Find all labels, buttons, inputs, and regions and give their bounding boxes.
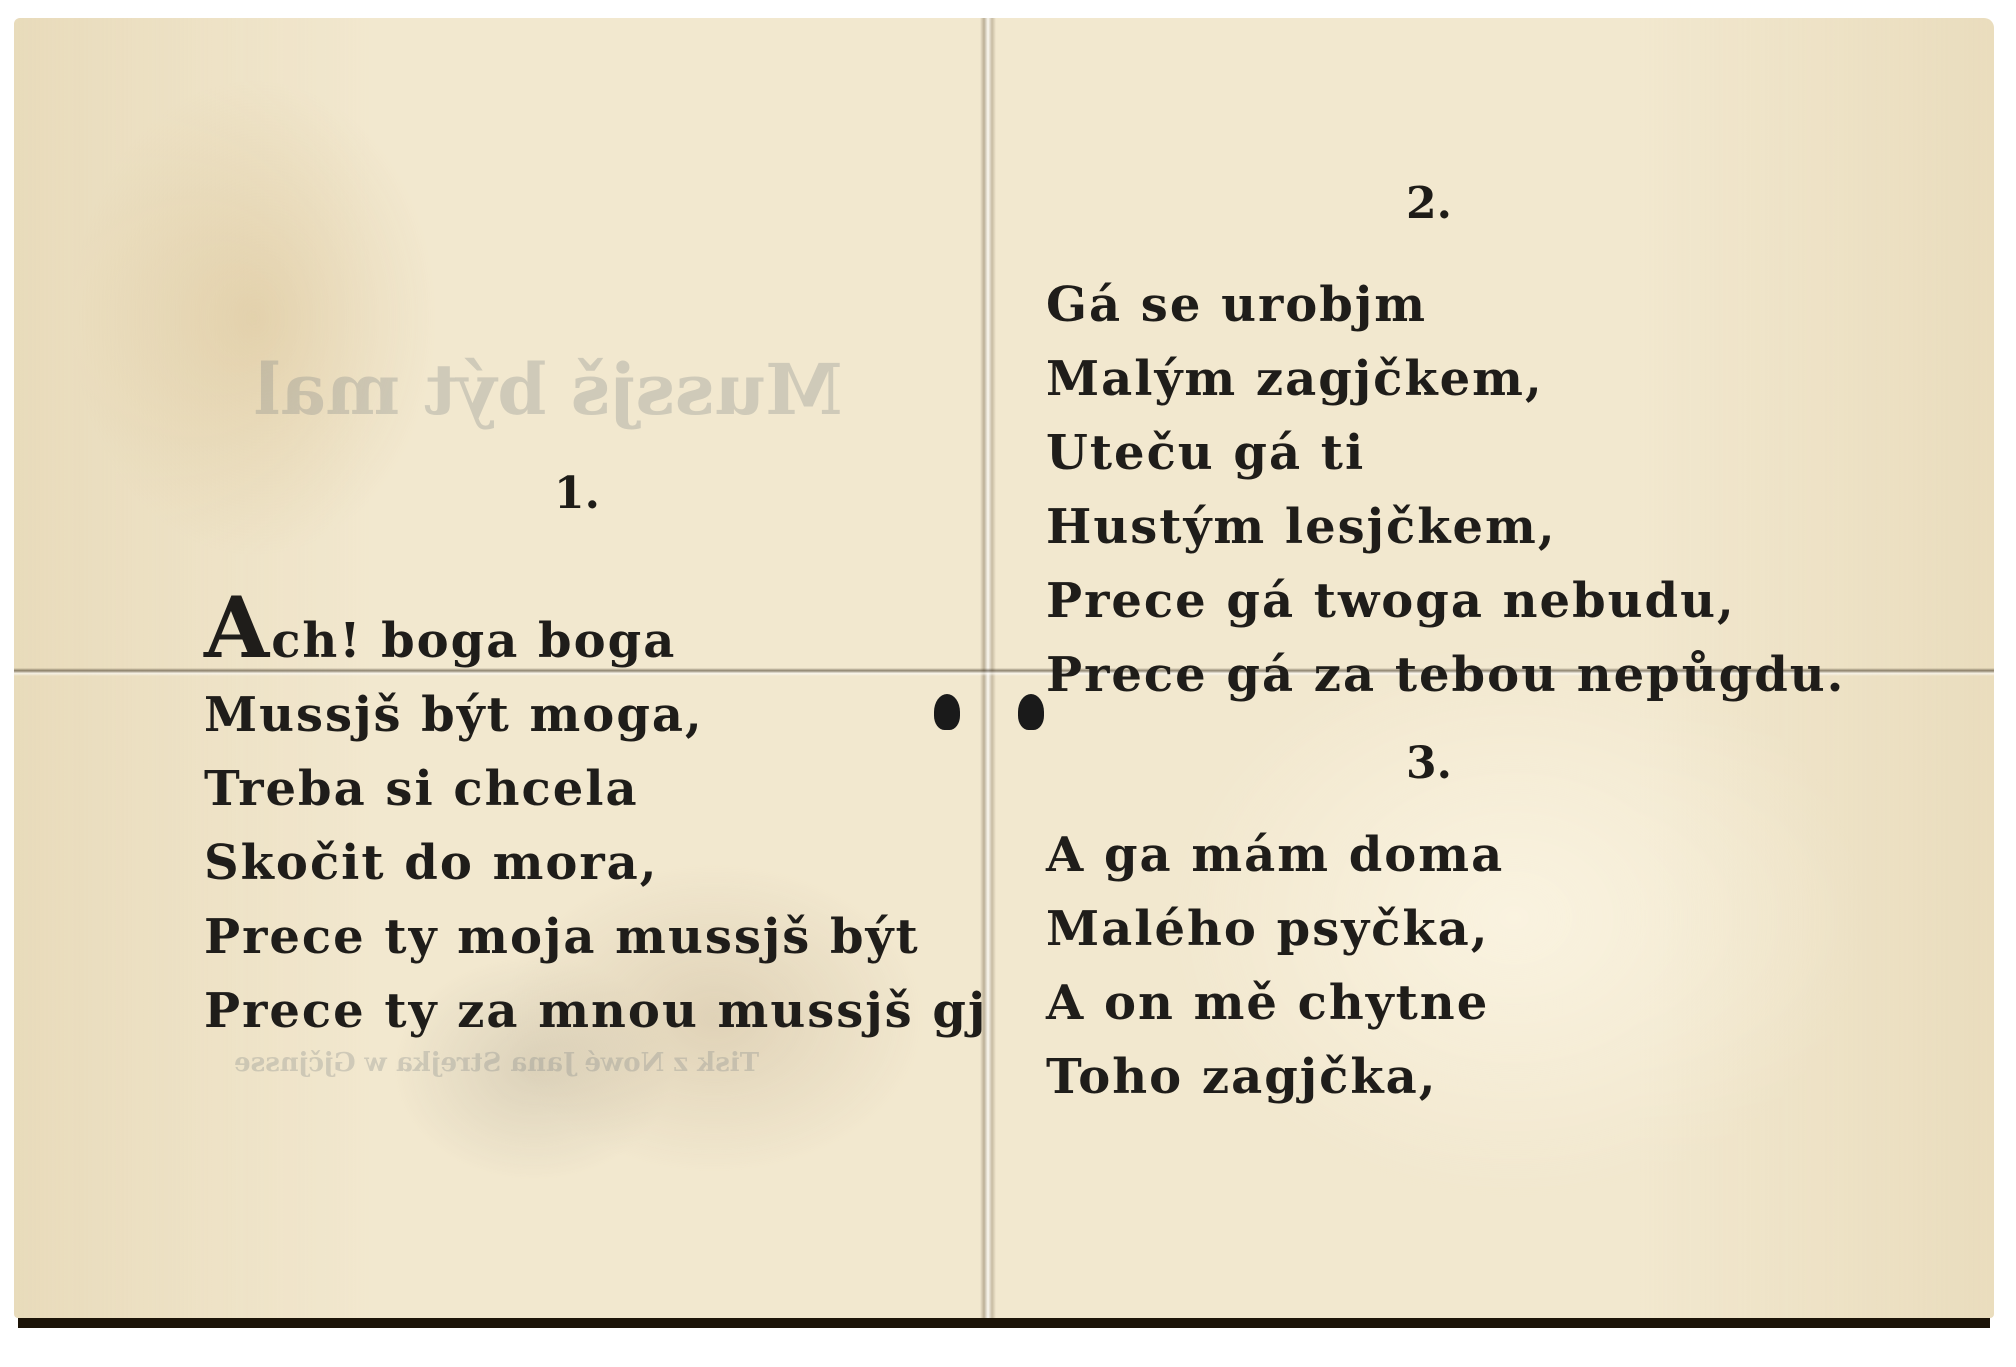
stanza-2-line: Malým zagjčkem,: [1046, 342, 1845, 416]
drop-cap: A: [204, 578, 271, 677]
stanza-number-1: 1.: [554, 468, 600, 519]
stanza-1-line: Prece ty za mnou mussjš gj: [204, 974, 987, 1048]
stanza-2: Gá se urobjm Malým zagjčkem, Uteču gá ti…: [1046, 268, 1845, 712]
stanza-2-line: Uteču gá ti: [1046, 416, 1845, 490]
stanza-number-3: 3.: [1406, 738, 1452, 789]
stanza-3-line: A on mě chytne: [1046, 966, 1504, 1040]
stanza-1-line: Prece ty moja mussjš být: [204, 900, 987, 974]
paper-sheet: Mussjš být mal Tisk z Nowé Jana Strejka …: [14, 18, 1994, 1318]
stanza-number-2: 2.: [1406, 178, 1452, 229]
stanza-2-line: Prece gá za tebou nepůgdu.: [1046, 638, 1845, 712]
stanza-1-line: Mussjš být moga,: [204, 678, 987, 752]
stanza-1-line-1: Ach! boga boga: [204, 598, 987, 678]
stanza-3-line: Malého psyčka,: [1046, 892, 1504, 966]
stanza-1-line: Treba si chcela: [204, 752, 987, 826]
stanza-3: A ga mám doma Malého psyčka, A on mě chy…: [1046, 818, 1504, 1114]
stanza-1: Ach! boga boga Mussjš být moga, Treba si…: [204, 598, 987, 1048]
stanza-2-line: Hustým lesjčkem,: [1046, 490, 1845, 564]
right-page: 2. Gá se urobjm Malým zagjčkem, Uteču gá…: [996, 18, 1994, 1318]
stanza-3-line: A ga mám doma: [1046, 818, 1504, 892]
stanza-2-line: Prece gá twoga nebudu,: [1046, 564, 1845, 638]
stanza-2-line: Gá se urobjm: [1046, 268, 1845, 342]
stanza-1-line: Skočit do mora,: [204, 826, 987, 900]
stanza-3-line: Toho zagjčka,: [1046, 1040, 1504, 1114]
left-page: 1. Ach! boga boga Mussjš být moga, Treba…: [14, 18, 980, 1318]
